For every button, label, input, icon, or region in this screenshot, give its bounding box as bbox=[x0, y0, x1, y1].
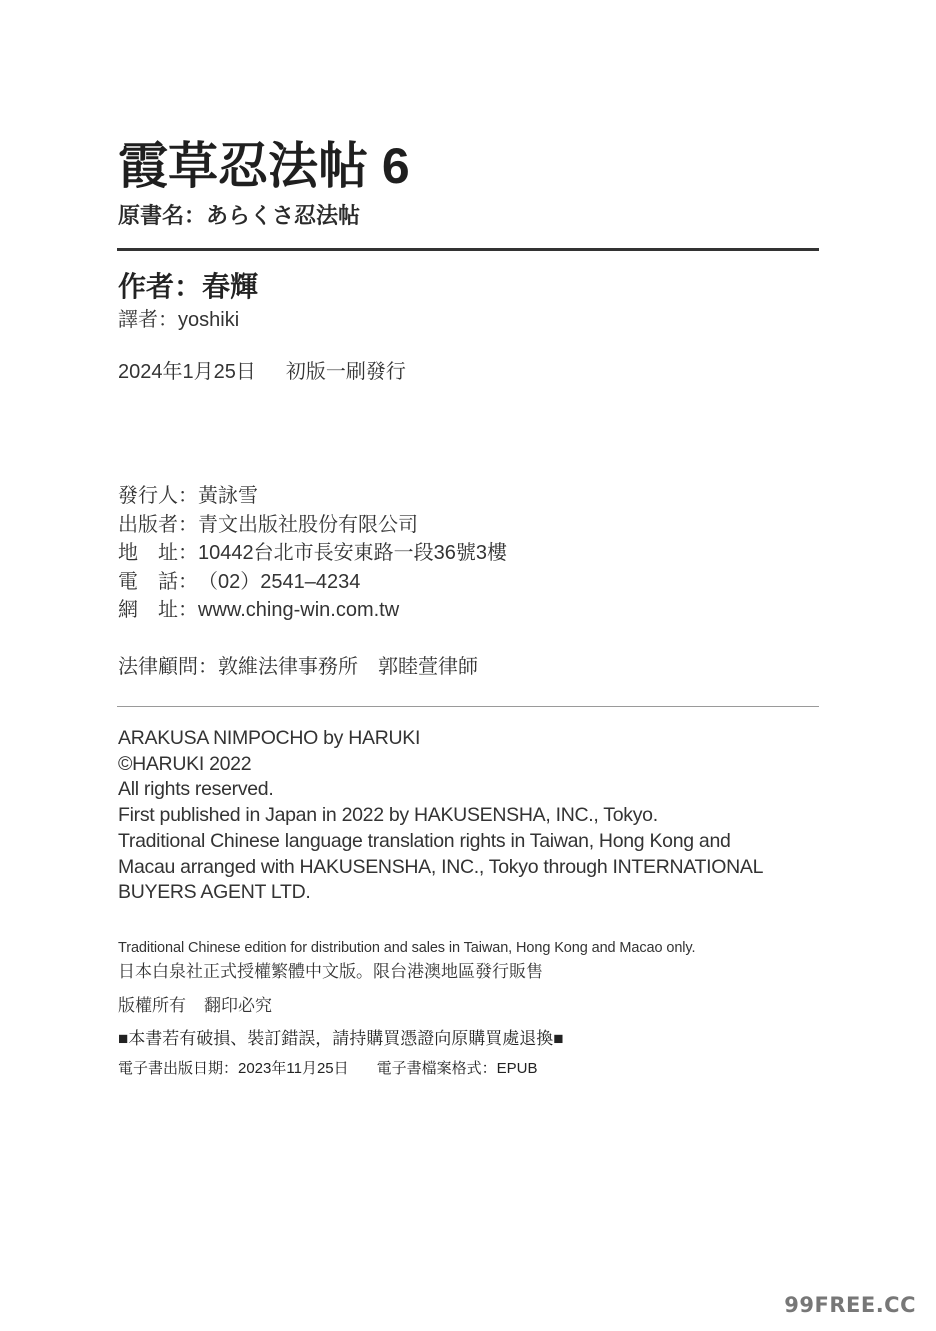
divider-thick bbox=[117, 248, 819, 251]
publisher-info-row-website: 網址：www.ching-win.com.tw bbox=[118, 596, 507, 625]
english-rights-line: BUYERS AGENT LTD. bbox=[118, 880, 838, 906]
ebook-format: 電子書檔案格式：EPUB bbox=[377, 1060, 538, 1077]
publish-date: 2024年1月25日 bbox=[118, 361, 256, 383]
publisher-info-row-publisher: 出版者：青文出版社股份有限公司 bbox=[118, 511, 507, 540]
ebook-info: 電子書出版日期：2023年11月25日電子書檔案格式：EPUB bbox=[118, 1058, 538, 1080]
info-label: 出版者 bbox=[118, 511, 178, 540]
damage-notice: ■本書若有破損、裝訂錯誤，請持購買憑證向原購買處退換■ bbox=[118, 1027, 564, 1051]
publisher-info-row-issuer: 發行人：黃詠雪 bbox=[118, 482, 507, 511]
english-rights-block: ARAKUSA NIMPOCHO by HARUKI ©HARUKI 2022 … bbox=[118, 726, 838, 906]
info-value: 黃詠雪 bbox=[198, 482, 258, 511]
publisher-info-row-address: 地址：10442台北市長安東路一段36號3樓 bbox=[118, 539, 507, 568]
publisher-info-row-phone: 電話：（02）2541–4234 bbox=[118, 568, 507, 597]
distribution-chinese: 日本白泉社正式授權繁體中文版。限台港澳地區發行販售 bbox=[118, 960, 543, 984]
info-colon: ： bbox=[178, 596, 198, 625]
publish-date-line: 2024年1月25日初版一刷發行 bbox=[118, 357, 406, 387]
book-title: 霞草忍法帖 6 bbox=[118, 136, 410, 196]
info-colon: ： bbox=[178, 568, 198, 597]
english-rights-line: ©HARUKI 2022 bbox=[118, 752, 838, 778]
info-value: 10442台北市長安東路一段36號3樓 bbox=[198, 539, 507, 568]
copyright-page: 霞草忍法帖 6 原書名：あらくさ忍法帖 作者：春輝 譯者：yoshiki 202… bbox=[0, 0, 936, 1331]
info-label: 網址 bbox=[118, 596, 178, 625]
legal-counsel: 法律顧問：敦維法律事務所 郭睦萱律師 bbox=[118, 653, 478, 681]
english-rights-line: First published in Japan in 2022 by HAKU… bbox=[118, 803, 838, 829]
english-rights-line: ARAKUSA NIMPOCHO by HARUKI bbox=[118, 726, 838, 752]
translator: 譯者：yoshiki bbox=[118, 306, 239, 334]
original-title: 原書名：あらくさ忍法帖 bbox=[118, 201, 360, 231]
rights-reserved: 版權所有翻印必究 bbox=[118, 994, 272, 1018]
english-rights-line: Traditional Chinese language translation… bbox=[118, 829, 838, 855]
info-label: 地址 bbox=[118, 539, 178, 568]
info-label: 電話 bbox=[118, 568, 178, 597]
english-rights-line: All rights reserved. bbox=[118, 777, 838, 803]
info-value: （02）2541–4234 bbox=[198, 568, 360, 597]
info-colon: ： bbox=[178, 482, 198, 511]
author: 作者：春輝 bbox=[118, 269, 258, 305]
info-colon: ： bbox=[178, 539, 198, 568]
english-rights-line: Macau arranged with HAKUSENSHA, INC., To… bbox=[118, 855, 838, 881]
info-label: 發行人 bbox=[118, 482, 178, 511]
divider-thin bbox=[117, 706, 819, 707]
publisher-info: 發行人：黃詠雪 出版者：青文出版社股份有限公司 地址：10442台北市長安東路一… bbox=[118, 482, 507, 625]
website-link[interactable]: www.ching-win.com.tw bbox=[198, 596, 399, 625]
ebook-date: 電子書出版日期：2023年11月25日 bbox=[118, 1060, 349, 1077]
distribution-english: Traditional Chinese edition for distribu… bbox=[118, 938, 695, 958]
watermark: 99FREE.CC bbox=[784, 1293, 916, 1317]
info-colon: ： bbox=[178, 511, 198, 540]
edition: 初版一刷發行 bbox=[286, 361, 406, 383]
rights-part1: 版權所有 bbox=[118, 996, 186, 1015]
rights-part2: 翻印必究 bbox=[204, 996, 272, 1015]
info-value: 青文出版社股份有限公司 bbox=[198, 511, 418, 540]
